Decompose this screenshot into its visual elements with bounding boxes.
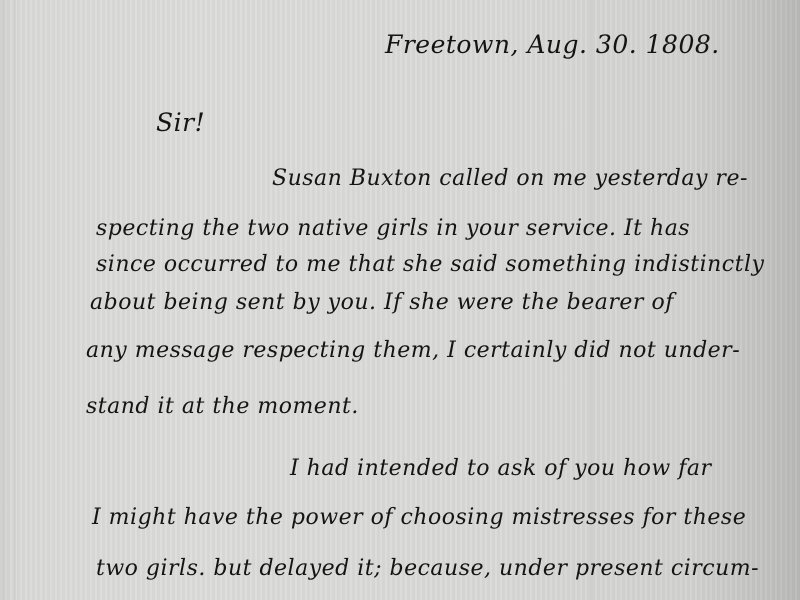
letter-line: about being sent by you. If she were the… xyxy=(90,290,674,315)
letter-line: Susan Buxton called on me yesterday re- xyxy=(272,166,748,191)
paper-fold-left xyxy=(14,0,16,600)
dateline: Freetown, Aug. 30. 1808. xyxy=(385,30,720,59)
letter-page: Freetown, Aug. 30. 1808. Sir! Susan Buxt… xyxy=(0,0,800,600)
letter-line: any message respecting them, I certainly… xyxy=(86,338,740,363)
letter-line: since occurred to me that she said somet… xyxy=(96,252,764,277)
letter-line: I might have the power of choosing mistr… xyxy=(92,505,746,530)
letter-line: specting the two native girls in your se… xyxy=(96,216,690,241)
letter-line: stand it at the moment. xyxy=(86,394,359,419)
letter-line: I had intended to ask of you how far xyxy=(290,456,712,481)
salutation: Sir! xyxy=(156,108,205,137)
letter-line: two girls. but delayed it; because, unde… xyxy=(96,556,759,581)
